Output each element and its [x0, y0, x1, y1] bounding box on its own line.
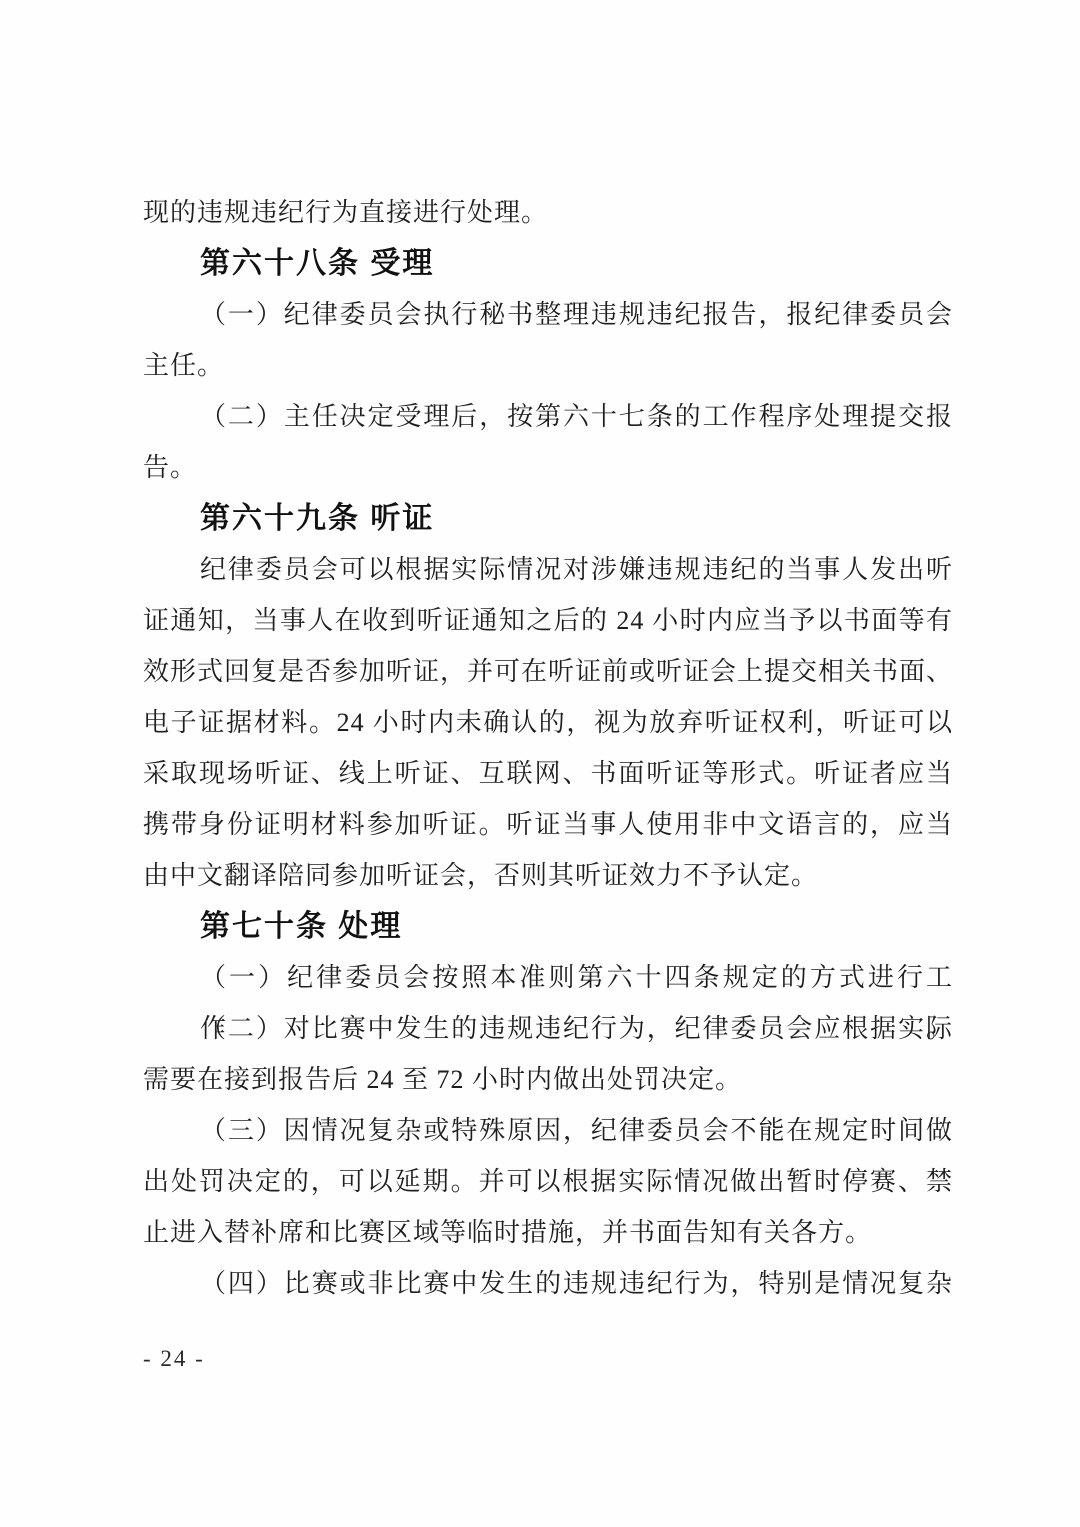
text-line: 告。	[143, 442, 953, 493]
text-line: 效形式回复是否参加听证，并可在听证前或听证会上提交相关书面、	[143, 646, 953, 697]
text-line: 主任。	[143, 340, 953, 391]
text-line: （二）对比赛中发生的违规违纪行为，纪律委员会应根据实际	[143, 1003, 953, 1054]
text-line: 证通知，当事人在收到听证通知之后的 24 小时内应当予以书面等有	[143, 595, 953, 646]
page-number: - 24 -	[143, 1344, 205, 1374]
text-line: （三）因情况复杂或特殊原因，纪律委员会不能在规定时间做	[143, 1105, 953, 1156]
article-heading: 第七十条 处理	[143, 901, 953, 952]
text-line: （二）主任决定受理后，按第六十七条的工作程序处理提交报	[143, 391, 953, 442]
article-heading: 第六十八条 受理	[143, 238, 953, 289]
text-line: 需要在接到报告后 24 至 72 小时内做出处罚决定。	[143, 1054, 953, 1105]
text-line: （一）纪律委员会执行秘书整理违规违纪报告，报纪律委员会	[143, 289, 953, 340]
document-page: 现的违规违纪行为直接进行处理。第六十八条 受理（一）纪律委员会执行秘书整理违规违…	[0, 0, 1080, 1527]
text-line: 携带身份证明材料参加听证。听证当事人使用非中文语言的，应当	[143, 799, 953, 850]
text-line: 出处罚决定的，可以延期。并可以根据实际情况做出暂时停赛、禁	[143, 1156, 953, 1207]
text-line: 现的违规违纪行为直接进行处理。	[143, 187, 953, 238]
text-line: 由中文翻译陪同参加听证会，否则其听证效力不予认定。	[143, 850, 953, 901]
text-line: 止进入替补席和比赛区域等临时措施，并书面告知有关各方。	[143, 1207, 953, 1258]
text-line: 电子证据材料。24 小时内未确认的，视为放弃听证权利，听证可以	[143, 697, 953, 748]
document-body: 现的违规违纪行为直接进行处理。第六十八条 受理（一）纪律委员会执行秘书整理违规违…	[143, 187, 953, 1309]
text-line: （一）纪律委员会按照本准则第六十四条规定的方式进行工作。	[143, 952, 953, 1003]
text-line: 纪律委员会可以根据实际情况对涉嫌违规违纪的当事人发出听	[143, 544, 953, 595]
text-line: 采取现场听证、线上听证、互联网、书面听证等形式。听证者应当	[143, 748, 953, 799]
article-heading: 第六十九条 听证	[143, 493, 953, 544]
text-line: （四）比赛或非比赛中发生的违规违纪行为，特别是情况复杂	[143, 1258, 953, 1309]
